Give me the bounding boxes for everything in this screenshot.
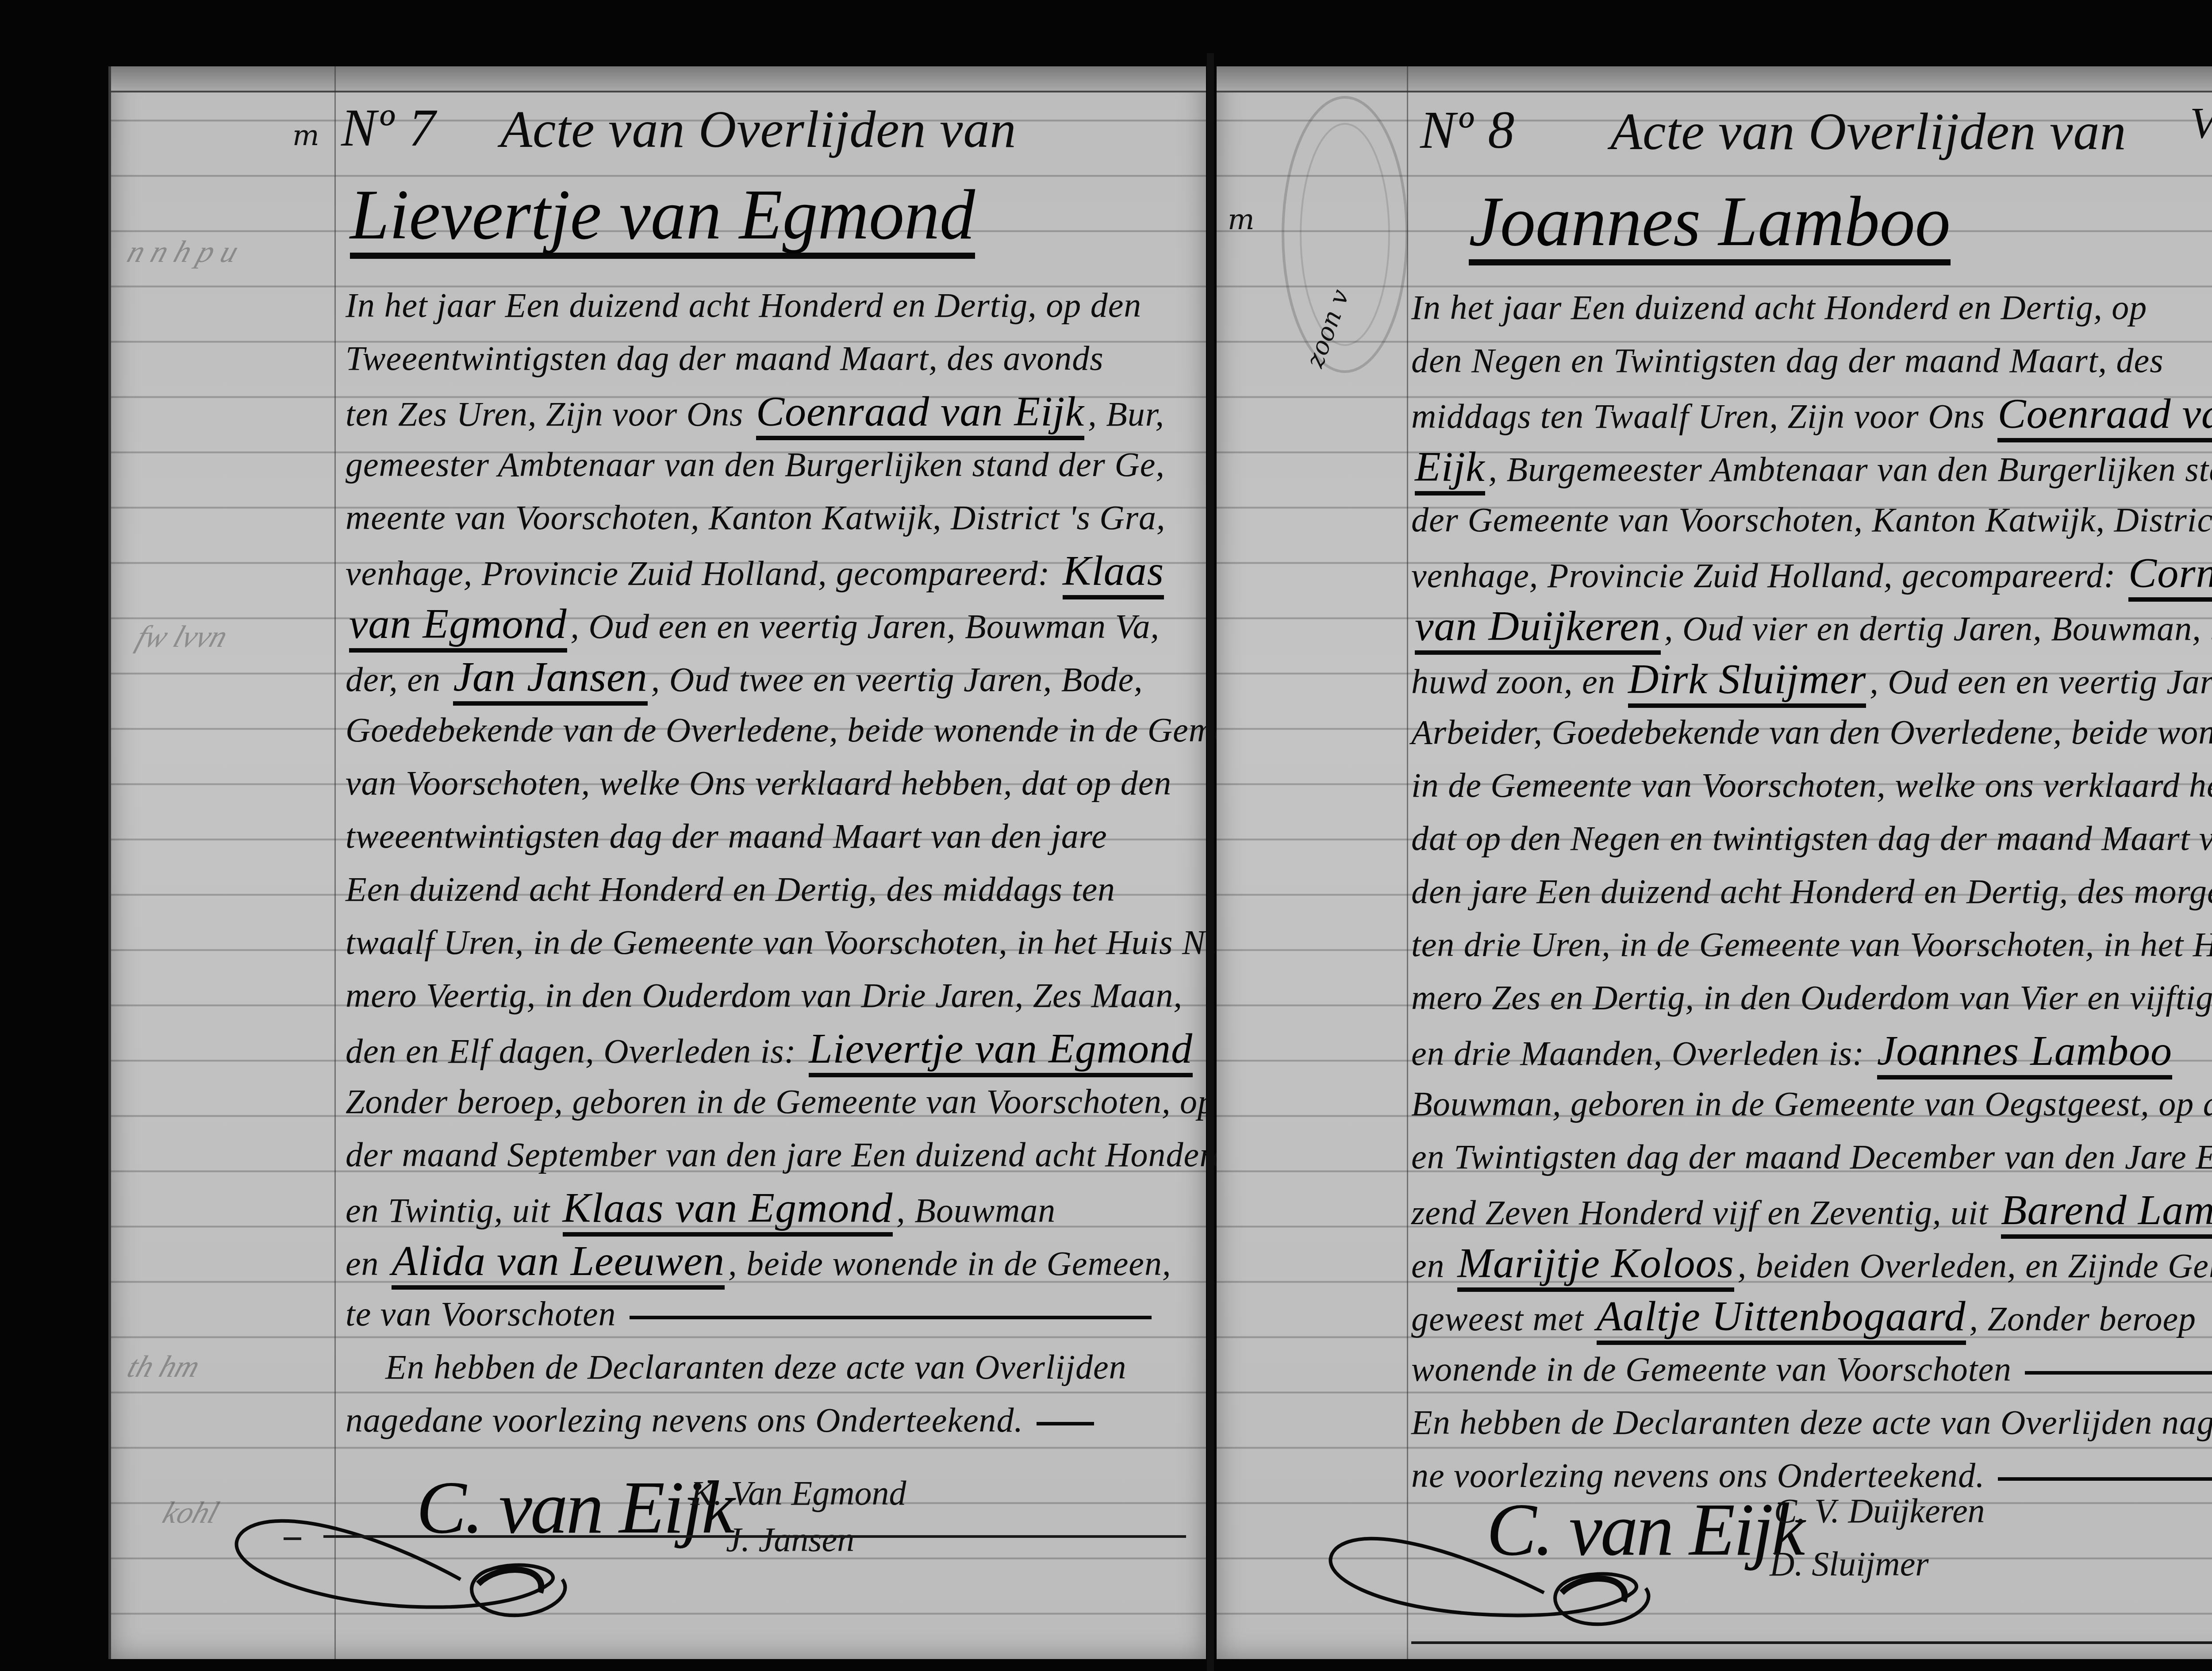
deceased-name-heading: Joannes Lamboo	[1469, 186, 1951, 265]
body-line: geweest met Aaltje Uittenbogaard, Zonder…	[1411, 1292, 2196, 1341]
body-line: van Voorschoten, welke Ons verklaard heb…	[346, 759, 1171, 807]
registrar-name: Eijk	[1415, 443, 1485, 496]
registrar-name: Coenraad van Eijk	[756, 388, 1084, 440]
signature-block: C. van Eijk K. Van Egmond J. Jansen kohl	[111, 1438, 1206, 1659]
body-line: huwd zoon, en Dirk Sluijmer, Oud een en …	[1411, 655, 2212, 703]
declarant-name: Klaas	[1063, 547, 1164, 599]
body-line: venhage, Provincie Zuid Holland, gecompa…	[346, 546, 1167, 595]
body-line: Goedebekende van de Overledene, beide wo…	[346, 706, 1289, 754]
line-filler-dash	[1037, 1422, 1094, 1425]
body-line: den jare Een duizend acht Honderd en Der…	[1411, 867, 2212, 916]
act-number: Nº 7	[341, 97, 436, 158]
body-line: Arbeider, Goedebekende van den Overleden…	[1411, 708, 2212, 757]
body-line: In het jaar Een duizend acht Honderd en …	[1411, 283, 2147, 332]
body-line: wonende in de Gemeente van Voorschoten	[1411, 1345, 2212, 1394]
body-line: In het jaar Een duizend acht Honderd en …	[346, 281, 1141, 330]
body-line: van Egmond, Oud een en veertig Jaren, Bo…	[346, 599, 1160, 648]
line-filler-dash	[630, 1316, 1152, 1319]
declarant-name: van Duijkeren	[1415, 602, 1661, 655]
deceased-name: Lievertje van Egmond	[809, 1025, 1193, 1077]
witness-signature: D. Sluijmer	[1770, 1544, 1929, 1584]
body-line: en Twintig, uit Klaas van Egmond, Bouwma…	[346, 1183, 1056, 1232]
bottom-rule	[323, 1535, 1186, 1538]
body-line: en Twintigsten dag der maand December va…	[1411, 1133, 2212, 1181]
body-line: te van Voorschoten	[346, 1290, 1152, 1338]
declarant-name: van Egmond	[349, 600, 567, 653]
body-line: ten drie Uren, in de Gemeente van Voorsc…	[1411, 920, 2212, 969]
mother-name: Alida van Leeuwen	[392, 1237, 725, 1290]
act-title: Acte van Overlijden van	[1610, 102, 2126, 162]
body-line: twaalf Uren, in de Gemeente van Voorscho…	[346, 918, 1233, 967]
body-line: En hebben de Declaranten deze acte van O…	[385, 1343, 1127, 1391]
declarant-name: Dirk Sluijmer	[1628, 655, 1866, 708]
margin-mark: m	[1228, 204, 1255, 236]
body-line: Tweeentwintigsten dag der maand Maart, d…	[346, 334, 1104, 383]
body-line: meente van Voorschoten, Kanton Katwijk, …	[346, 493, 1166, 542]
body-line: der Gemeente van Voorschoten, Kanton Kat…	[1411, 496, 2212, 544]
registrar-signature: C. van Eijk	[1486, 1487, 1803, 1573]
body-line: tweeentwintigsten dag der maand Maart va…	[346, 812, 1107, 860]
body-line: en drie Maanden, Overleden is: Joannes L…	[1411, 1026, 2176, 1075]
embossed-seal-icon	[1274, 84, 1416, 385]
bottom-rule	[1411, 1641, 2212, 1644]
body-line: der maand September van den jare Een dui…	[346, 1130, 1297, 1179]
witness-signature: J. Jansen	[726, 1520, 854, 1560]
mother-name: Marijtje Koloos	[1457, 1239, 1734, 1292]
body-line: der, en Jan Jansen, Oud twee en veertig …	[346, 653, 1143, 701]
body-line: middags ten Twaalf Uren, Zijn voor Ons C…	[1411, 389, 2212, 438]
margin-rule	[334, 66, 336, 1659]
body-line: venhage, Provincie Zuid Holland, gecompa…	[1411, 549, 2212, 597]
body-line: den en Elf dagen, Overleden is: Lievertj…	[346, 1024, 1196, 1073]
line-filler-dash	[2025, 1371, 2212, 1375]
deceased-name: Joannes Lamboo	[1877, 1027, 2172, 1079]
body-line: nagedane voorlezing nevens ons Onderteek…	[346, 1396, 1094, 1444]
margin-mark: m	[292, 119, 319, 152]
father-name: Barend Lamboo	[2001, 1186, 2212, 1239]
body-line: Een duizend acht Honderd en Dertig, des …	[346, 865, 1115, 914]
deceased-name-heading: Lievertje van Egmond	[350, 179, 975, 259]
declarant-name: Jan Jansen	[453, 653, 647, 706]
body-line: En hebben de Declaranten deze acte van O…	[1411, 1398, 2212, 1447]
registrar-name: Coenraad van	[1997, 390, 2212, 442]
bleed-through-text: n n h p u	[123, 234, 243, 270]
body-line: zend Zeven Honderd vijf en Zeventig, uit…	[1411, 1186, 2212, 1234]
body-line: dat op den Negen en twintigsten dag der …	[1411, 814, 2212, 863]
body-line: van Duijkeren, Oud vier en dertig Jaren,…	[1411, 602, 2212, 650]
body-line: Bouwman, geboren in de Gemeente van Oegs…	[1411, 1079, 2212, 1128]
bottom-rule	[284, 1537, 301, 1540]
act-title: Acte van Overlijden van	[500, 100, 1016, 160]
body-line: ten Zes Uren, Zijn voor Ons Coenraad van…	[346, 387, 1164, 436]
bleed-through-text: fw lvvn	[132, 619, 232, 655]
declarant-name: Cornelis	[2128, 549, 2212, 602]
page-gutter	[1207, 53, 1214, 1671]
bleed-through-text: th hm	[123, 1349, 204, 1385]
body-line: gemeester Ambtenaar van den Burgerlijken…	[346, 440, 1165, 489]
body-line: den Negen en Twintigsten dag der maand M…	[1411, 336, 2164, 385]
body-line: en Alida van Leeuwen, beide wonende in d…	[346, 1237, 1171, 1285]
page-top-edge	[111, 66, 1206, 92]
father-name: Klaas van Egmond	[563, 1184, 893, 1237]
body-line: mero Veertig, in den Ouderdom van Drie J…	[346, 971, 1183, 1020]
right-page: m zoon v Nº 8 Acte van Overlijden van Vt…	[1217, 66, 2212, 1659]
left-page: n n h p u fw lvvn th hm m Nº 7 Acte van …	[108, 66, 1206, 1659]
signature-block: C. van Eijk C. V. Duijkeren D. Sluijmer	[1217, 1473, 2212, 1659]
body-line: en Marijtje Koloos, beiden Overleden, en…	[1411, 1239, 2212, 1287]
body-line: Eijk, Burgemeester Ambtenaar van den Bur…	[1411, 442, 2212, 491]
body-line: in de Gemeente van Voorschoten, welke on…	[1411, 761, 2212, 810]
witness-signature: C. V. Duijkeren	[1774, 1491, 1985, 1531]
witness-signature: K. Van Egmond	[691, 1473, 906, 1513]
folio-mark: Vt	[2190, 97, 2212, 148]
spouse-name: Aaltje Uittenbogaard	[1597, 1292, 1966, 1345]
act-number: Nº 8	[1420, 100, 1515, 161]
body-line: mero Zes en Dertig, in den Ouderdom van …	[1411, 973, 2212, 1022]
